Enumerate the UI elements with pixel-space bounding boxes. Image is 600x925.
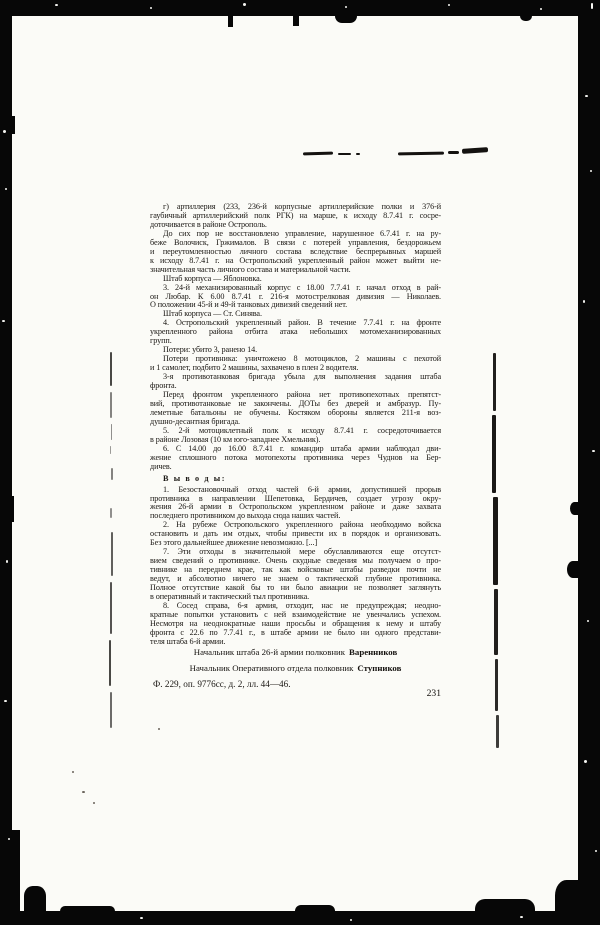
scan-speck [6,560,8,563]
scan-speck [590,170,592,172]
scan-edge-blob [24,886,46,911]
gutter-streak [493,353,496,411]
scan-speck [584,760,587,763]
document-lines: г) артиллерия (233, 236-й корпусные арти… [150,203,441,647]
binding-mark-left [111,468,113,480]
scan-edge-bump [12,116,15,134]
scan-edge-bump [295,905,335,911]
page-number: 231 [427,688,441,699]
ink-smudge [462,147,488,153]
page-number-row: 231 [150,688,441,699]
signature-name: Варенников [349,647,397,657]
scan-edge-notch [293,16,299,26]
ink-smudge [448,151,459,154]
text-line: теля штаба 6-й армии. [150,638,441,647]
scan-speck [3,130,6,133]
paper-speck [72,771,74,773]
scan-edge-notch [335,16,357,23]
scan-speck [345,6,347,8]
scan-edge-notch [520,16,532,21]
scan-edge-bump [475,899,535,911]
gutter-streak [493,497,498,585]
ink-smudge [303,152,333,155]
document-text: г) артиллерия (233, 236-й корпусные арти… [150,203,441,647]
scan-speck [448,4,450,6]
binding-mark-left [109,640,111,686]
scan-speck [591,3,593,9]
scan-speck [55,4,58,6]
paper-speck [93,802,95,804]
scan-speck [595,850,597,852]
scan-speck [350,919,352,921]
signature-role: Начальник штаба 26-й армии полковник [194,647,345,657]
ink-smudge [338,153,351,155]
text-line: 3-я противотанковая бригада убыла для вы… [150,373,441,382]
scan-speck [592,450,595,452]
binding-mark-left [110,508,112,518]
scan-edge-bump [555,880,578,911]
gutter-streak [496,715,499,748]
text-line: укрепленного района отбита атака небольш… [150,328,441,337]
ink-smudge [356,153,360,155]
signature-operations-chief: Начальник Оперативного отдела полковникС… [150,663,441,673]
signature-chief-of-staff: Начальник штаба 26-й армии полковникВаре… [150,647,441,657]
binding-mark-left [111,424,112,440]
scan-speck [150,7,152,9]
scan-speck [140,917,143,919]
ink-smudge [398,152,444,156]
binding-mark-left [110,446,111,454]
paper-speck [158,728,160,730]
scan-speck [5,188,7,190]
gutter-streak [492,415,496,493]
scan-speck [583,300,585,303]
binding-mark-left [111,532,113,576]
binding-mark-left [110,692,112,728]
scan-speck [4,700,7,702]
binding-mark-left [110,352,112,386]
scan-edge-bump [567,561,579,578]
scan-speck [520,916,523,918]
signature-role: Начальник Оперативного отдела полковник [190,663,354,673]
scan-edge-bump [12,830,20,911]
gutter-streak [495,659,498,711]
signature-name: Ступников [357,663,401,673]
scan-speck [587,620,589,622]
scan-speck [243,3,246,6]
scan-speck [585,95,588,97]
text-line: дичев. [150,463,441,472]
conclusions-heading: В ы в о д ы: [150,475,441,484]
text-line: жение сплошного потока мотопехоты против… [150,454,441,463]
scanned-book-page: { "colors": { "paper": "#fbfbf7", "ink":… [0,0,600,925]
scan-edge-bump [60,906,115,911]
binding-mark-left [110,392,112,418]
document-page: г) артиллерия (233, 236-й корпусные арти… [12,16,578,911]
scan-edge-notch [228,16,233,27]
binding-mark-left [110,582,112,634]
scan-edge-bump [570,502,579,515]
scan-edge-bump [12,496,14,522]
scan-speck [540,8,542,10]
scan-speck [2,320,5,322]
gutter-streak [494,589,498,655]
paper-speck [82,791,85,793]
scan-speck [8,838,10,840]
